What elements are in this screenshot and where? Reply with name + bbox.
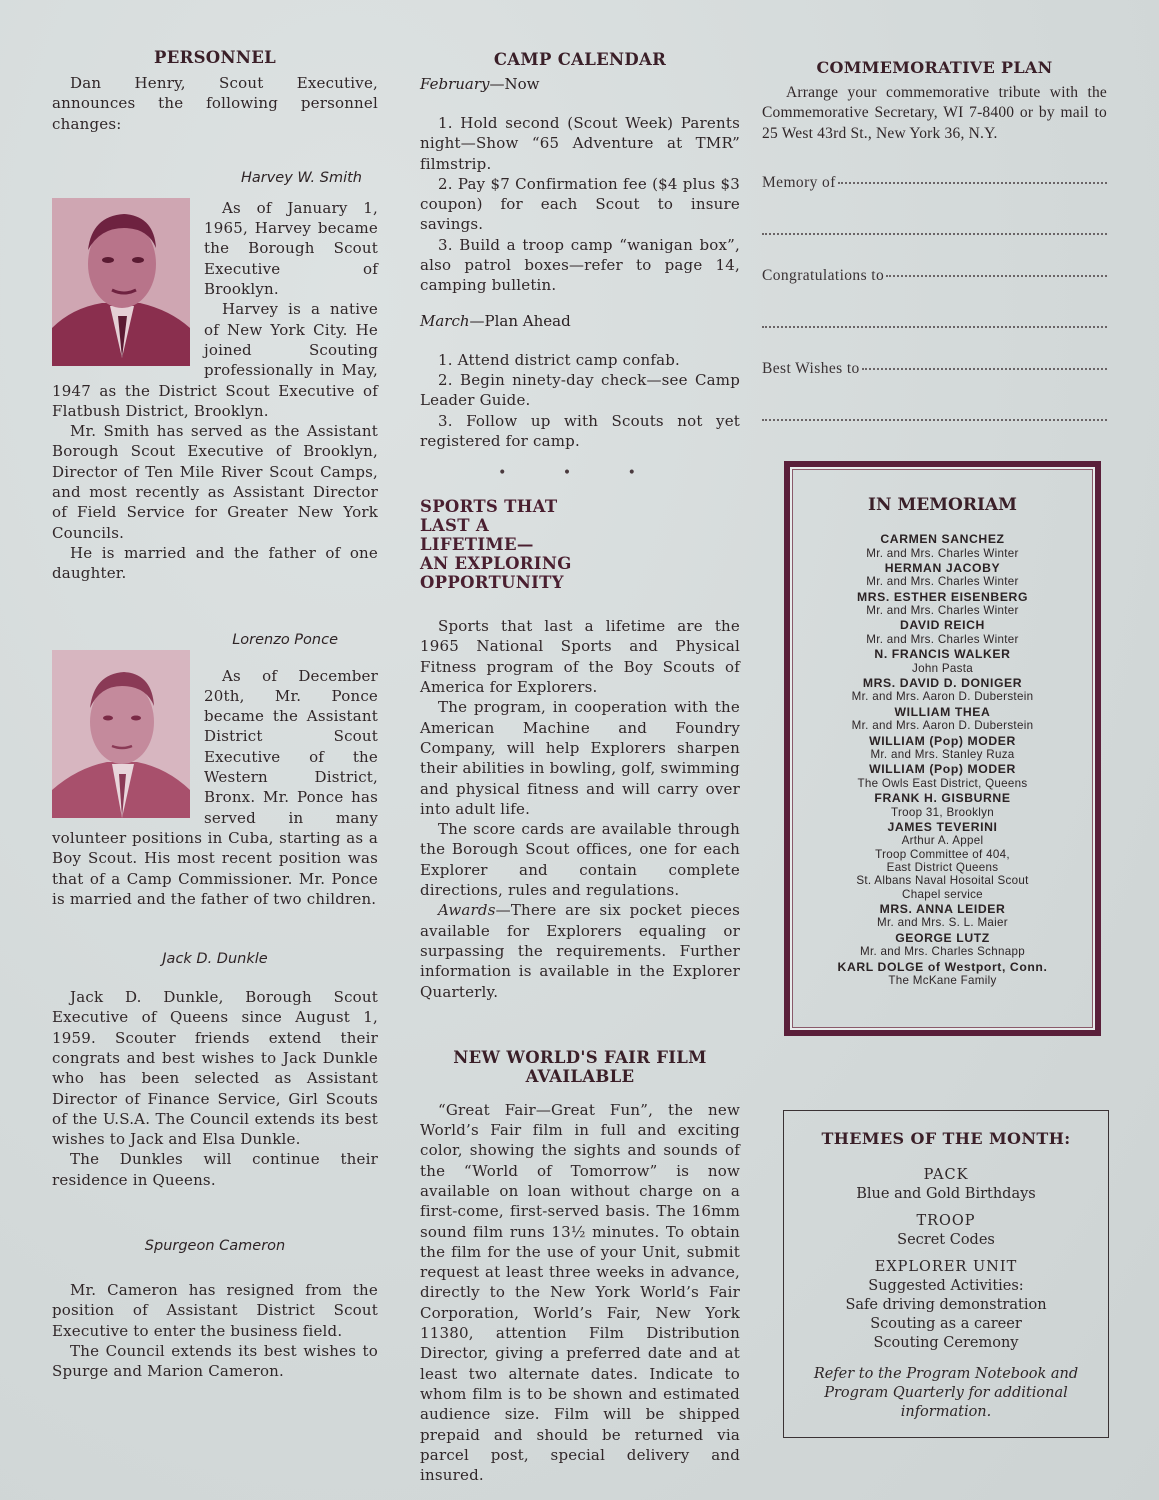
memoriam-honoree: WILLIAM (Pop) MODER xyxy=(790,735,1095,749)
theme-group: EXPLORER UNITSuggested Activities:Safe d… xyxy=(784,1258,1108,1353)
theme-group: TROOPSecret Codes xyxy=(784,1212,1108,1250)
worlds-fair-paragraph: “Great Fair—Great Fun”, the new World’s … xyxy=(420,1100,740,1486)
memoriam-donor: The McKane Family xyxy=(790,974,1095,987)
sports-title-line: LAST A xyxy=(420,516,740,535)
calendar-column: CAMP CALENDAR February—Now 1. Hold secon… xyxy=(420,0,740,1485)
memoriam-entry: CARMEN SANCHEZMr. and Mrs. Charles Winte… xyxy=(790,533,1095,560)
person-name-cameron: Spurgeon Cameron xyxy=(52,1238,378,1254)
memoriam-list: CARMEN SANCHEZMr. and Mrs. Charles Winte… xyxy=(790,533,1095,987)
personnel-column: PERSONNEL Dan Henry, Scout Executive, an… xyxy=(52,0,378,1382)
best-wishes-to-label: Best Wishes to xyxy=(762,360,860,378)
commemorative-text: Arrange your commemorative tribute with … xyxy=(762,83,1107,144)
memoriam-donor: The Owls East District, Queens xyxy=(790,777,1095,790)
feb-item-1: 1. Hold second (Scout Week) Parents nigh… xyxy=(420,113,740,174)
memoriam-donor: Mr. and Mrs. Charles Winter xyxy=(790,575,1095,588)
theme-line: Secret Codes xyxy=(784,1231,1108,1250)
mar-item-1: 1. Attend district camp confab. xyxy=(420,350,740,370)
month-label: Plan Ahead xyxy=(485,312,571,330)
commemorative-form: Memory of Congratulations to Best Wishes… xyxy=(762,174,1107,421)
portrait-photo-smith xyxy=(52,198,190,366)
mar-item-2: 2. Begin ninety-day check—see Camp Leade… xyxy=(420,370,740,411)
memoriam-honoree: CARMEN SANCHEZ xyxy=(790,533,1095,547)
awards-label: Awards xyxy=(438,901,496,919)
memoriam-donor: Mr. and Mrs. Charles Schnapp xyxy=(790,945,1095,958)
person-name-ponce: Lorenzo Ponce xyxy=(52,632,338,648)
personnel-intro: Dan Henry, Scout Executive, announces th… xyxy=(52,73,378,134)
memoriam-donor: Mr. and Mrs. S. L. Maier xyxy=(790,916,1095,929)
calendar-month-march: March—Plan Ahead xyxy=(420,312,740,330)
person-name-smith: Harvey W. Smith xyxy=(52,170,362,186)
sports-title-line: SPORTS THAT xyxy=(420,497,740,516)
memoriam-donor: Mr. and Mrs. Charles Winter xyxy=(790,547,1095,560)
mar-item-3: 3. Follow up with Scouts not yet registe… xyxy=(420,411,740,452)
themes-list: PACKBlue and Gold BirthdaysTROOPSecret C… xyxy=(784,1166,1108,1353)
memoriam-honoree: FRANK H. GISBURNE xyxy=(790,792,1095,806)
feb-item-3: 3. Build a troop camp “wanigan box”, als… xyxy=(420,235,740,296)
themes-title: THEMES OF THE MONTH: xyxy=(784,1129,1108,1148)
cameron-paragraph-1: Mr. Cameron has resigned from the positi… xyxy=(52,1280,378,1341)
memoriam-entry: WILLIAM THEAMr. and Mrs. Aaron D. Dubers… xyxy=(790,706,1095,733)
memoriam-donor: John Pasta xyxy=(790,662,1095,675)
memory-of-label: Memory of xyxy=(762,174,836,192)
worlds-fair-title: NEW WORLD'S FAIR FILM AVAILABLE xyxy=(420,1048,740,1086)
theme-group: PACKBlue and Gold Birthdays xyxy=(784,1166,1108,1204)
person-name-dunkle: Jack D. Dunkle xyxy=(52,951,378,967)
sports-title-line: LIFETIME— xyxy=(420,535,740,554)
congratulations-to-label: Congratulations to xyxy=(762,267,884,285)
memoriam-entry: N. FRANCIS WALKERJohn Pasta xyxy=(790,648,1095,675)
memoriam-donor: Mr. and Mrs. Aaron D. Duberstein xyxy=(790,690,1095,703)
sports-title: SPORTS THAT LAST A LIFETIME— AN EXPLORIN… xyxy=(420,497,740,592)
memoriam-honoree: HERMAN JACOBY xyxy=(790,562,1095,576)
month-name: February xyxy=(420,75,490,93)
theme-line: Blue and Gold Birthdays xyxy=(784,1185,1108,1204)
memoriam-entry: GEORGE LUTZMr. and Mrs. Charles Schnapp xyxy=(790,932,1095,959)
themes-of-the-month-box: THEMES OF THE MONTH: PACKBlue and Gold B… xyxy=(783,1110,1109,1438)
memoriam-honoree: MRS. DAVID D. DONIGER xyxy=(790,677,1095,691)
cameron-paragraph-2: The Council extends its best wishes to S… xyxy=(52,1341,378,1382)
calendar-month-february: February—Now xyxy=(420,75,740,93)
month-label: Now xyxy=(505,75,540,93)
section-separator: • • • xyxy=(420,465,740,481)
person-smith: As of January 1, 1965, Harvey became the… xyxy=(52,198,378,584)
worlds-fair-title-line: NEW WORLD'S FAIR FILM xyxy=(420,1048,740,1067)
memoriam-honoree: JAMES TEVERINI xyxy=(790,821,1095,835)
portrait-icon xyxy=(52,198,190,366)
memoriam-donor: Chapel service xyxy=(790,888,1095,901)
themes-note: Refer to the Program Notebook and Progra… xyxy=(784,1365,1108,1422)
feb-item-2: 2. Pay $7 Confirmation fee ($4 plus $3 c… xyxy=(420,174,740,235)
person-ponce: As of December 20th, Mr. Ponce became th… xyxy=(52,666,378,910)
memoriam-donor: Mr. and Mrs. Stanley Ruza xyxy=(790,748,1095,761)
memoriam-entry: MRS. DAVID D. DONIGERMr. and Mrs. Aaron … xyxy=(790,677,1095,704)
memoriam-honoree: N. FRANCIS WALKER xyxy=(790,648,1095,662)
memoriam-entry: WILLIAM (Pop) MODERThe Owls East Distric… xyxy=(790,763,1095,790)
worlds-fair-title-line: AVAILABLE xyxy=(420,1067,740,1086)
memory-of-second-line[interactable] xyxy=(762,232,1107,235)
dunkle-paragraph-1: Jack D. Dunkle, Borough Scout Executive … xyxy=(52,987,378,1149)
best-wishes-to-input-line[interactable] xyxy=(862,367,1107,370)
theme-heading: TROOP xyxy=(784,1212,1108,1231)
camp-calendar-title: CAMP CALENDAR xyxy=(420,50,740,69)
theme-line: Scouting as a career xyxy=(784,1315,1108,1334)
month-name: March xyxy=(420,312,470,330)
memoriam-entry: KARL DOLGE of Westport, Conn.The McKane … xyxy=(790,961,1095,988)
memoriam-donor: East District Queens xyxy=(790,861,1095,874)
in-memoriam-title: IN MEMORIAM xyxy=(790,495,1095,515)
smith-paragraph-4: He is married and the father of one daug… xyxy=(52,543,378,584)
sports-paragraph-1: Sports that last a lifetime are the 1965… xyxy=(420,616,740,697)
memoriam-donor: Mr. and Mrs. Aaron D. Duberstein xyxy=(790,719,1095,732)
theme-line: Suggested Activities: xyxy=(784,1277,1108,1296)
memory-of-field[interactable]: Memory of xyxy=(762,174,1107,192)
memoriam-honoree: WILLIAM (Pop) MODER xyxy=(790,763,1095,777)
theme-line: Scouting Ceremony xyxy=(784,1334,1108,1353)
personnel-title: PERSONNEL xyxy=(52,48,378,67)
memoriam-entry: DAVID REICHMr. and Mrs. Charles Winter xyxy=(790,619,1095,646)
congratulations-to-field[interactable]: Congratulations to xyxy=(762,267,1107,285)
best-wishes-to-second-line[interactable] xyxy=(762,418,1107,421)
sports-paragraph-3: The score cards are available through th… xyxy=(420,819,740,900)
sports-paragraph-2: The program, in cooperation with the Ame… xyxy=(420,697,740,819)
in-memoriam-box: IN MEMORIAM CARMEN SANCHEZMr. and Mrs. C… xyxy=(784,461,1101,1036)
theme-line: Safe driving demonstration xyxy=(784,1296,1108,1315)
memoriam-entry: FRANK H. GISBURNETroop 31, Brooklyn xyxy=(790,792,1095,819)
memoriam-donor: Mr. and Mrs. Charles Winter xyxy=(790,604,1095,617)
memoriam-entry: MRS. ESTHER EISENBERGMr. and Mrs. Charle… xyxy=(790,591,1095,618)
memoriam-entry: HERMAN JACOBYMr. and Mrs. Charles Winter xyxy=(790,562,1095,589)
memoriam-honoree: MRS. ESTHER EISENBERG xyxy=(790,591,1095,605)
memoriam-entry: JAMES TEVERINIArthur A. AppelTroop Commi… xyxy=(790,821,1095,901)
theme-heading: PACK xyxy=(784,1166,1108,1185)
memoriam-entry: WILLIAM (Pop) MODERMr. and Mrs. Stanley … xyxy=(790,735,1095,762)
sports-title-line: OPPORTUNITY xyxy=(420,573,740,592)
smith-paragraph-3: Mr. Smith has served as the Assistant Bo… xyxy=(52,421,378,543)
dunkle-paragraph-2: The Dunkles will continue their residenc… xyxy=(52,1149,378,1190)
memoriam-honoree: KARL DOLGE of Westport, Conn. xyxy=(790,961,1095,975)
memory-of-input-line[interactable] xyxy=(838,181,1107,184)
theme-heading: EXPLORER UNIT xyxy=(784,1258,1108,1277)
memoriam-honoree: WILLIAM THEA xyxy=(790,706,1095,720)
commemorative-title: COMMEMORATIVE PLAN xyxy=(762,58,1107,77)
commemorative-column: COMMEMORATIVE PLAN Arrange your commemor… xyxy=(762,0,1107,421)
memoriam-honoree: GEORGE LUTZ xyxy=(790,932,1095,946)
sports-awards: Awards—There are six pocket pieces avail… xyxy=(420,900,740,1001)
memoriam-honoree: MRS. ANNA LEIDER xyxy=(790,903,1095,917)
memoriam-donor: Mr. and Mrs. Charles Winter xyxy=(790,633,1095,646)
memoriam-donor: St. Albans Naval Hosoital Scout xyxy=(790,874,1095,887)
congratulations-to-input-line[interactable] xyxy=(886,274,1107,277)
congratulations-to-second-line[interactable] xyxy=(762,325,1107,328)
best-wishes-to-field[interactable]: Best Wishes to xyxy=(762,360,1107,378)
portrait-icon xyxy=(52,650,190,818)
memoriam-donor: Troop Committee of 404, xyxy=(790,848,1095,861)
sports-title-line: AN EXPLORING xyxy=(420,554,740,573)
memoriam-entry: MRS. ANNA LEIDERMr. and Mrs. S. L. Maier xyxy=(790,903,1095,930)
memoriam-donor: Troop 31, Brooklyn xyxy=(790,806,1095,819)
memoriam-donor: Arthur A. Appel xyxy=(790,834,1095,847)
portrait-photo-ponce xyxy=(52,650,190,818)
memoriam-honoree: DAVID REICH xyxy=(790,619,1095,633)
